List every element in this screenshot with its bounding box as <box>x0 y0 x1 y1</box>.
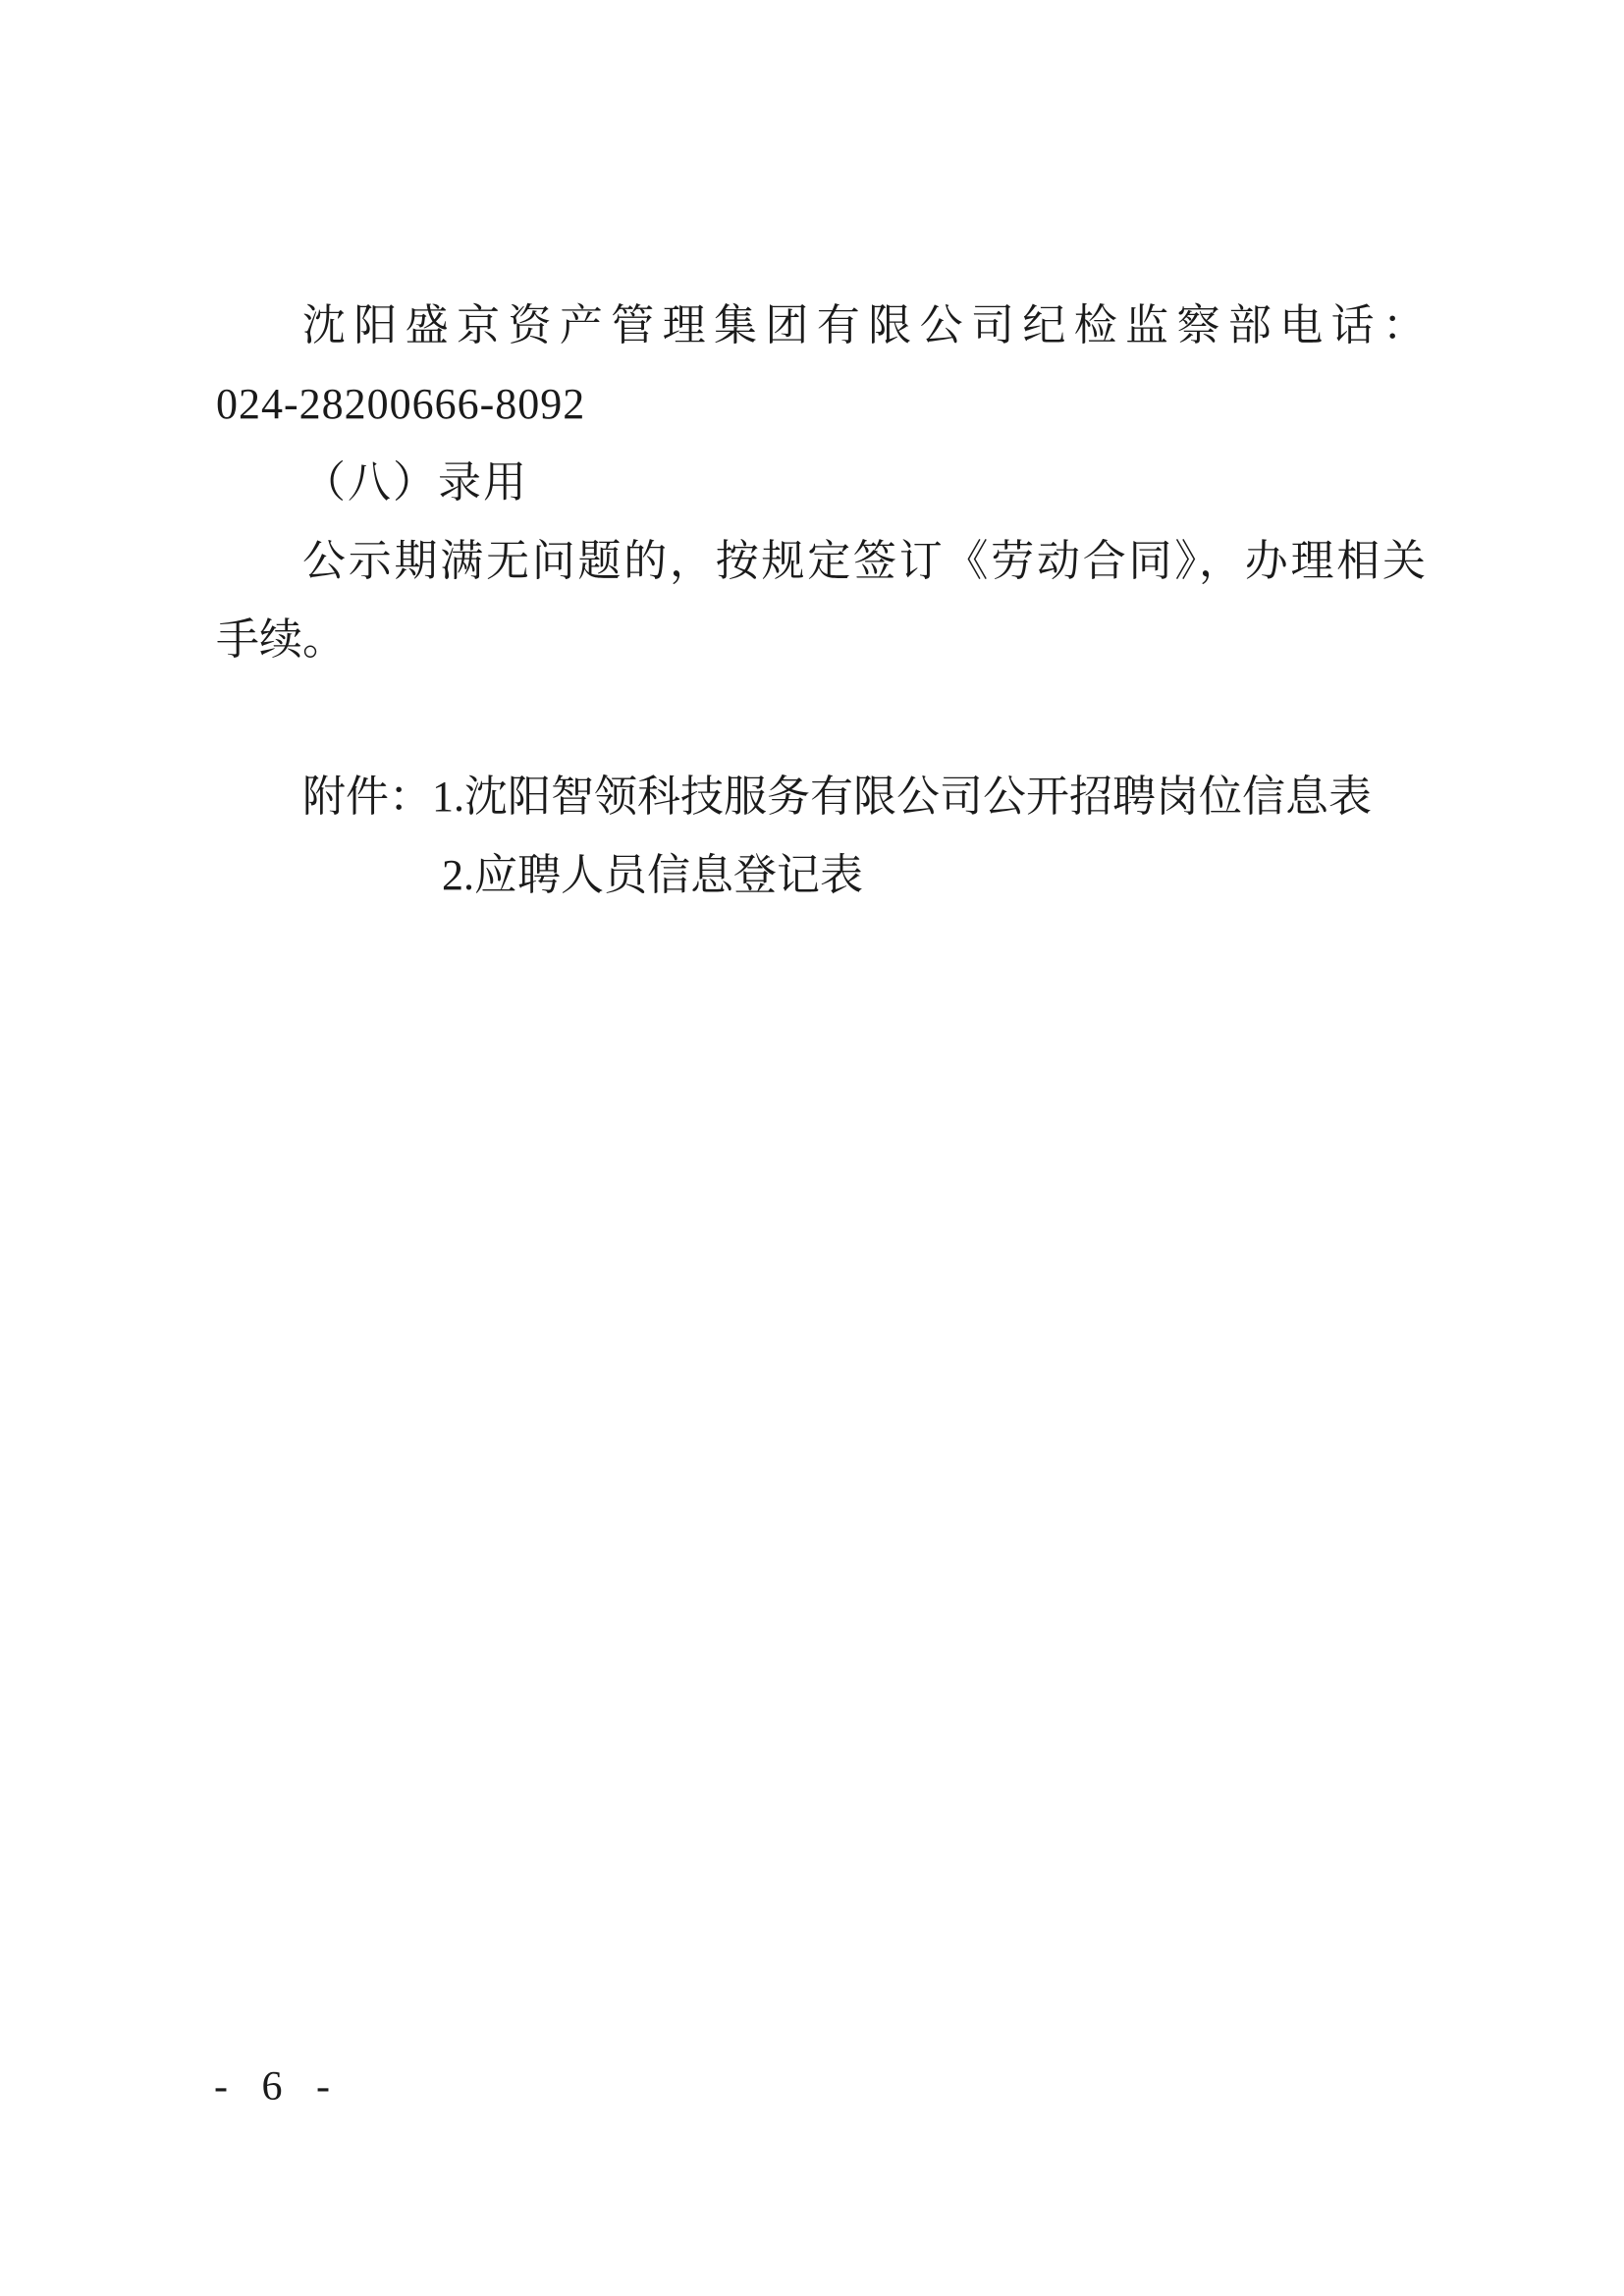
page-number: - 6 - <box>214 2067 342 2107</box>
body-text-line2: 手续。 <box>216 601 1426 679</box>
document-page: 沈阳盛京资产管理集团有限公司纪检监察部电话： 024-28200666-8092… <box>0 0 1624 2296</box>
document-body: 沈阳盛京资产管理集团有限公司纪检监察部电话： 024-28200666-8092… <box>216 287 1426 915</box>
blank-spacer-line <box>216 679 1426 758</box>
attachment-list-item-1: 附件：1.沈阳智领科技服务有限公司公开招聘岗位信息表 <box>216 758 1426 836</box>
attachment-list-item-2: 2.应聘人员信息登记表 <box>216 836 1426 915</box>
body-text-line1: 公示期满无问题的，按规定签订《劳动合同》，办理相关 <box>216 522 1426 601</box>
contact-phone-text-line1: 沈阳盛京资产管理集团有限公司纪检监察部电话： <box>216 287 1426 365</box>
contact-phone-number: 024-28200666-8092 <box>216 365 1426 444</box>
section-heading-recruitment: （八）录用 <box>216 444 1426 522</box>
